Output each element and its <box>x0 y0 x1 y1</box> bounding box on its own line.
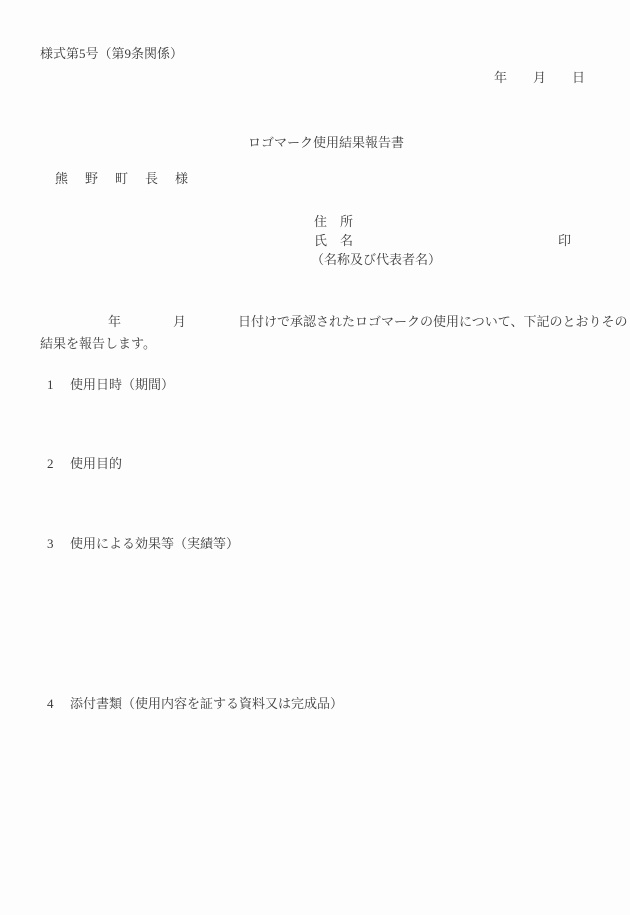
address-label: 住 所 <box>314 214 353 231</box>
section-item-3: 3 使用による効果等（実績等） <box>47 536 239 553</box>
seal-mark: 印 <box>558 233 571 250</box>
section-number: 1 <box>47 377 57 394</box>
section-item-4: 4 添付書類（使用内容を証する資料又は完成品） <box>47 696 343 713</box>
name-label: 氏 名 <box>314 233 353 250</box>
section-label: 使用日時（期間） <box>70 377 174 394</box>
document-page: 様式第5号（第9条関係） 年 月 日 ロゴマーク使用結果報告書 熊 野 町 長 … <box>0 0 630 915</box>
form-number: 様式第5号（第9条関係） <box>40 46 183 63</box>
section-label: 使用目的 <box>70 456 122 473</box>
section-item-2: 2 使用目的 <box>47 456 122 473</box>
addressee-line: 熊 野 町 長 様 <box>55 171 190 188</box>
section-number: 3 <box>47 536 57 553</box>
intro-paragraph-line1: 年 月 日付けで承認されたロゴマークの使用について、下記のとおりその <box>108 314 627 331</box>
section-label: 添付書類（使用内容を証する資料又は完成品） <box>70 696 343 713</box>
section-number: 4 <box>47 696 57 713</box>
date-blank-line: 年 月 日 <box>494 70 585 87</box>
section-label: 使用による効果等（実績等） <box>70 536 239 553</box>
document-title: ロゴマーク使用結果報告書 <box>0 135 630 152</box>
intro-paragraph-line2: 結果を報告します。 <box>40 336 156 353</box>
section-number: 2 <box>47 456 57 473</box>
section-item-1: 1 使用日時（期間） <box>47 377 174 394</box>
name-note: （名称及び代表者名） <box>311 252 441 269</box>
